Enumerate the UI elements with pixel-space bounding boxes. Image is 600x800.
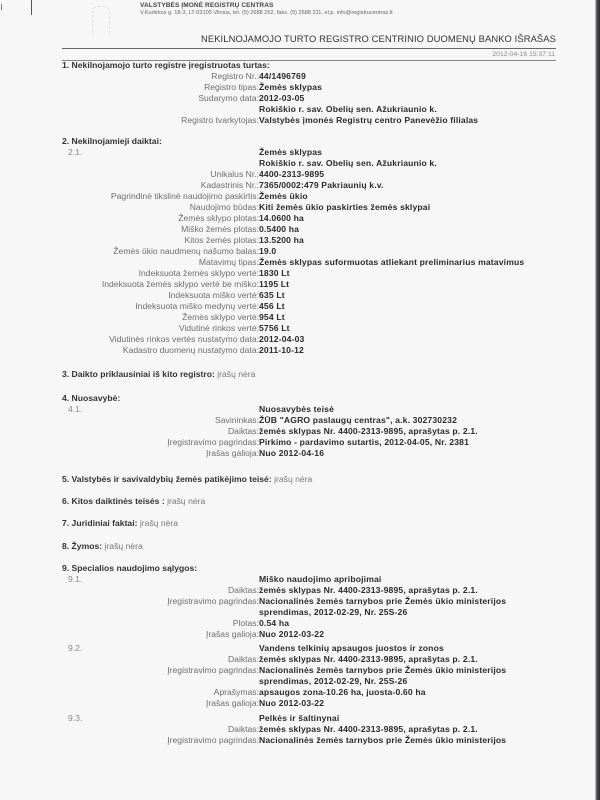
field-row: sprendimas, 2012-02-29, Nr. 25S-26 <box>62 607 542 618</box>
section-4: 4. Nuosavybė: 4.1. Nuosavybės teisėSavin… <box>62 393 120 403</box>
no-records-note: įrašų nėra <box>165 496 206 506</box>
section-title: 9. Specialios naudojimo sąlygos: <box>62 563 197 573</box>
field-row: Sudarymo data:2012-03-05 <box>62 93 542 104</box>
field-value: Pirkimo - pardavimo sutartis, 2012-04-05… <box>259 437 469 448</box>
field-value: 954 Lt <box>259 312 285 323</box>
field-label: Sudarymo data: <box>198 93 259 104</box>
field-row: Unikalus Nr.:4400-2313-9895 <box>62 169 542 180</box>
field-value: sprendimas, 2012-02-29, Nr. 25S-26 <box>259 607 407 618</box>
section-title-text: 6. Kitos daiktinės teisės : <box>62 496 165 506</box>
field-row: Aprašymas:apsaugos zona-10.26 ha, juosta… <box>62 687 542 698</box>
field-value: 44/1496769 <box>259 71 306 82</box>
field-label: Registro tipas: <box>204 82 259 93</box>
field-value: žemės sklypas Nr. 4400-2313-9895, aprašy… <box>259 585 478 596</box>
field-row: Vandens telkinių apsaugos juostos ir zon… <box>62 643 542 654</box>
field-label: Įrašas galioja: <box>206 448 259 459</box>
field-label: Įrašas galioja: <box>206 629 259 640</box>
field-label: Savininkas: <box>215 415 259 426</box>
section-title: 3. Daikto priklausiniai iš kito registro… <box>62 369 255 379</box>
field-value: Nuosavybės teisė <box>259 404 334 415</box>
field-row: Pelkės ir šaltinynai <box>62 713 542 724</box>
timestamp: 2012-04-16 15:37:11 <box>492 51 555 58</box>
field-value: ŽŪB "AGRO paslaugų centras", a.k. 302730… <box>259 415 457 426</box>
field-label: Įregistravimo pagrindas: <box>167 735 259 746</box>
field-value: Rokiškio r. sav. Obelių sen. Ažukriaunio… <box>259 104 437 115</box>
field-value: Nuo 2012-03-22 <box>259 698 324 709</box>
field-row: Miško žemės plotas:0.5400 ha <box>62 224 542 235</box>
field-row: Indeksuota miško vertė:635 Lt <box>62 290 542 301</box>
no-records-note: įrašų nėra <box>215 369 256 379</box>
field-value: 456 Lt <box>259 301 285 312</box>
field-label: Miško žemės plotas: <box>181 224 259 235</box>
field-row: Registro tvarkytojas:Valstybės įmonės Re… <box>62 115 542 126</box>
field-row: Daiktas:žemės sklypas Nr. 4400-2313-9895… <box>62 724 542 735</box>
field-label: Įrašas galioja: <box>206 698 259 709</box>
field-value: Miško naudojimo apribojimai <box>259 574 381 585</box>
document-title: NEKILNOJAMOJO TURTO REGISTRO CENTRINIO D… <box>201 33 556 44</box>
field-label: Vidutinės rinkos vertės nustatymo data: <box>109 334 259 345</box>
field-row: Žemės sklypo vertė:954 Lt <box>62 312 542 323</box>
field-row: Savininkas:ŽŪB "AGRO paslaugų centras", … <box>62 415 542 426</box>
field-value: Valstybės įmonės Registrų centro Panevėž… <box>259 115 478 126</box>
field-row: Indeksuota miško medynų vertė:456 Lt <box>62 301 542 312</box>
field-row: Įrašas galioja:Nuo 2012-03-22 <box>62 698 542 709</box>
no-records-note: įrašų nėra <box>102 541 143 551</box>
scan-edge-mark <box>31 0 32 15</box>
field-value: žemės sklypas Nr. 4400-2313-9895, aprašy… <box>259 724 478 735</box>
field-row: Indeksuota žemės sklypo vertė be miško:1… <box>62 279 542 290</box>
field-value: Kiti žemės ūkio paskirties žemės sklypai <box>259 202 430 213</box>
field-value: 7365/0002:479 Pakriaunių k.v. <box>259 180 384 191</box>
field-row: Žemės sklypo plotas:14.0600 ha <box>62 213 542 224</box>
field-value: Nacionalinės žemės tarnybos prie Žemės ū… <box>259 735 506 746</box>
field-value: apsaugos zona-10.26 ha, juosta-0.60 ha <box>259 687 426 698</box>
field-value: 1830 Lt <box>259 268 290 279</box>
field-value: 1195 Lt <box>259 279 289 290</box>
field-value: žemės sklypas Nr. 4400-2313-9895, aprašy… <box>259 654 478 665</box>
stamp-ghost <box>92 6 110 35</box>
no-records-note: įrašų nėra <box>272 474 313 484</box>
field-label: Kitos žemės plotas: <box>184 235 259 246</box>
field-value: Nacionalinės žemės tarnybos prie Žemės ū… <box>259 596 506 607</box>
field-row: Registro Nr.:44/1496769 <box>62 71 542 82</box>
section-title: 1. Nekilnojamojo turto registre įregistr… <box>62 60 270 70</box>
section-title: 2. Nekilnojamieji daiktai: <box>62 136 162 146</box>
field-label: Daiktas: <box>228 654 259 665</box>
field-value: Vandens telkinių apsaugos juostos ir zon… <box>259 643 444 654</box>
field-value: 0.54 ha <box>259 618 289 629</box>
section-8: 8. Žymos: įrašų nėra <box>62 541 143 551</box>
field-row: Daiktas:žemės sklypas Nr. 4400-2313-9895… <box>62 426 542 437</box>
section-title: 8. Žymos: įrašų nėra <box>62 541 143 551</box>
field-label: Unikalus Nr.: <box>210 169 259 180</box>
field-label: Žemės ūkio naudmenų našumo balas: <box>113 246 259 257</box>
field-value: 4400-2313-9895 <box>259 169 324 180</box>
field-label: Naudojimo būdas: <box>190 202 259 213</box>
field-row: Indeksuota žemės sklypo vertė:1830 Lt <box>62 268 542 279</box>
field-value: 2012-04-03 <box>259 334 304 345</box>
section-title-text: 8. Žymos: <box>62 541 102 551</box>
field-label: Indeksuota žemės sklypo vertė: <box>139 268 259 279</box>
field-row: Įregistravimo pagrindas:Nacionalinės žem… <box>62 665 542 676</box>
field-value: Nuo 2012-04-16 <box>259 448 324 459</box>
field-value: Žemės sklypas suformuotas atliekant prel… <box>259 257 524 268</box>
section-title: 7. Juridiniai faktai: įrašų nėra <box>62 518 178 528</box>
field-row: Žemės ūkio naudmenų našumo balas:19.0 <box>62 246 542 257</box>
field-row: Daiktas:žemės sklypas Nr. 4400-2313-9895… <box>62 654 542 665</box>
field-label: Kadastro duomenų nustatymo data: <box>123 345 259 356</box>
field-label: Registro tvarkytojas: <box>181 115 259 126</box>
section-title-text: 7. Juridiniai faktai: <box>62 518 137 528</box>
field-row: Įregistravimo pagrindas:Nacionalinės žem… <box>62 596 542 607</box>
field-value: 2012-03-05 <box>259 93 304 104</box>
field-label: Daiktas: <box>228 724 259 735</box>
section-6: 6. Kitos daiktinės teisės : įrašų nėra <box>62 496 205 506</box>
field-label: Kadastrinis Nr.: <box>201 180 259 191</box>
field-value: 19.0 <box>259 246 276 257</box>
section-title-text: 3. Daikto priklausiniai iš kito registro… <box>62 369 215 379</box>
section-3: 3. Daikto priklausiniai iš kito registro… <box>62 369 255 379</box>
scanned-page: VALSTYBĖS ĮMONĖ REGISTRŲ CENTRAS V.Kudir… <box>0 0 600 800</box>
field-value: 5756 Lt <box>259 323 290 334</box>
section-7: 7. Juridiniai faktai: įrašų nėra <box>62 518 178 528</box>
field-label: Žemės sklypo vertė: <box>182 312 259 323</box>
field-row: Kadastro duomenų nustatymo data:2011-10-… <box>62 345 542 356</box>
field-label: Plotas: <box>233 618 259 629</box>
field-value: Rokiškio r. sav. Obelių sen. Ažukriaunio… <box>259 158 437 169</box>
field-value: Žemės sklypas <box>259 147 322 158</box>
header-rule <box>62 48 556 49</box>
field-label: Indeksuota miško medynų vertė: <box>135 301 259 312</box>
field-row: Vidutinė rinkos vertė:5756 Lt <box>62 323 542 334</box>
field-row: Žemės sklypas <box>62 147 542 158</box>
field-row: Įrašas galioja:Nuo 2012-04-16 <box>62 448 542 459</box>
field-row: Naudojimo būdas:Kiti žemės ūkio paskirti… <box>62 202 542 213</box>
field-label: Įregistravimo pagrindas: <box>167 665 259 676</box>
section-title-text: 5. Valstybės ir savivaldybių žemės patik… <box>62 474 272 484</box>
field-label: Indeksuota žemės sklypo vertė be miško: <box>102 279 259 290</box>
field-row: Nuosavybės teisė <box>62 404 542 415</box>
field-row: Rokiškio r. sav. Obelių sen. Ažukriaunio… <box>62 104 542 115</box>
field-row: Daiktas:žemės sklypas Nr. 4400-2313-9895… <box>62 585 542 596</box>
field-row: Įrašas galioja:Nuo 2012-03-22 <box>62 629 542 640</box>
field-label: Matavimų tipas: <box>199 257 259 268</box>
scan-edge-tick <box>1 4 2 10</box>
field-value: 2011-10-12 <box>259 345 304 356</box>
field-label: Aprašymas: <box>214 687 259 698</box>
field-label: Daiktas: <box>228 426 259 437</box>
field-label: Registro Nr.: <box>211 71 259 82</box>
field-value: Nuo 2012-03-22 <box>259 629 324 640</box>
section-title: 6. Kitos daiktinės teisės : įrašų nėra <box>62 496 205 506</box>
section-title: 5. Valstybės ir savivaldybių žemės patik… <box>62 474 312 484</box>
field-label: Daiktas: <box>228 585 259 596</box>
field-row: Įregistravimo pagrindas:Pirkimo - pardav… <box>62 437 542 448</box>
field-value: 14.0600 ha <box>259 213 304 224</box>
field-label: Pagrindinė tikslinė naudojimo paskirtis: <box>111 191 259 202</box>
field-row: Kitos žemės plotas:13.5200 ha <box>62 235 542 246</box>
org-address: V.Kudirkos g. 18-3, LT-03105 Vilnius, te… <box>140 10 393 16</box>
section-title: 4. Nuosavybė: <box>62 393 120 403</box>
field-row: Plotas:0.54 ha <box>62 618 542 629</box>
field-row: Vidutinės rinkos vertės nustatymo data:2… <box>62 334 542 345</box>
field-label: Žemės sklypo plotas: <box>178 213 259 224</box>
field-row: Įregistravimo pagrindas:Nacionalinės žem… <box>62 735 542 746</box>
field-row: Matavimų tipas:Žemės sklypas suformuotas… <box>62 257 542 268</box>
field-value: Žemės ūkio <box>259 191 308 202</box>
field-value: 13.5200 ha <box>259 235 304 246</box>
field-value: Pelkės ir šaltinynai <box>259 713 339 724</box>
field-row: Registro tipas:Žemės sklypas <box>62 82 542 93</box>
section-1: 1. Nekilnojamojo turto registre įregistr… <box>62 60 270 70</box>
field-label: Įregistravimo pagrindas: <box>167 596 259 607</box>
org-name: VALSTYBĖS ĮMONĖ REGISTRŲ CENTRAS <box>140 2 273 9</box>
section-2: 2. Nekilnojamieji daiktai: 2.1. Žemės sk… <box>62 136 162 146</box>
field-value: Žemės sklypas <box>259 82 322 93</box>
field-row: Rokiškio r. sav. Obelių sen. Ažukriaunio… <box>62 158 542 169</box>
field-row: Pagrindinė tikslinė naudojimo paskirtis:… <box>62 191 542 202</box>
field-row: Miško naudojimo apribojimai <box>62 574 542 585</box>
field-value: 635 Lt <box>259 290 285 301</box>
section-5: 5. Valstybės ir savivaldybių žemės patik… <box>62 474 312 484</box>
field-value: 0.5400 ha <box>259 224 299 235</box>
field-value: Nacionalinės žemės tarnybos prie Žemės ū… <box>259 665 506 676</box>
scan-edge-right <box>595 0 600 800</box>
field-row: sprendimas, 2012-02-29, Nr. 25S-26 <box>62 676 542 687</box>
field-label: Vidutinė rinkos vertė: <box>179 323 259 334</box>
section-9: 9. Specialios naudojimo sąlygos: 9.1.Miš… <box>62 563 197 573</box>
field-value: žemės sklypas Nr. 4400-2313-9895, aprašy… <box>259 426 478 437</box>
field-label: Įregistravimo pagrindas: <box>167 437 259 448</box>
field-label: Indeksuota miško vertė: <box>168 290 259 301</box>
field-row: Kadastrinis Nr.:7365/0002:479 Pakriaunių… <box>62 180 542 191</box>
field-value: sprendimas, 2012-02-29, Nr. 25S-26 <box>259 676 407 687</box>
no-records-note: įrašų nėra <box>137 518 178 528</box>
